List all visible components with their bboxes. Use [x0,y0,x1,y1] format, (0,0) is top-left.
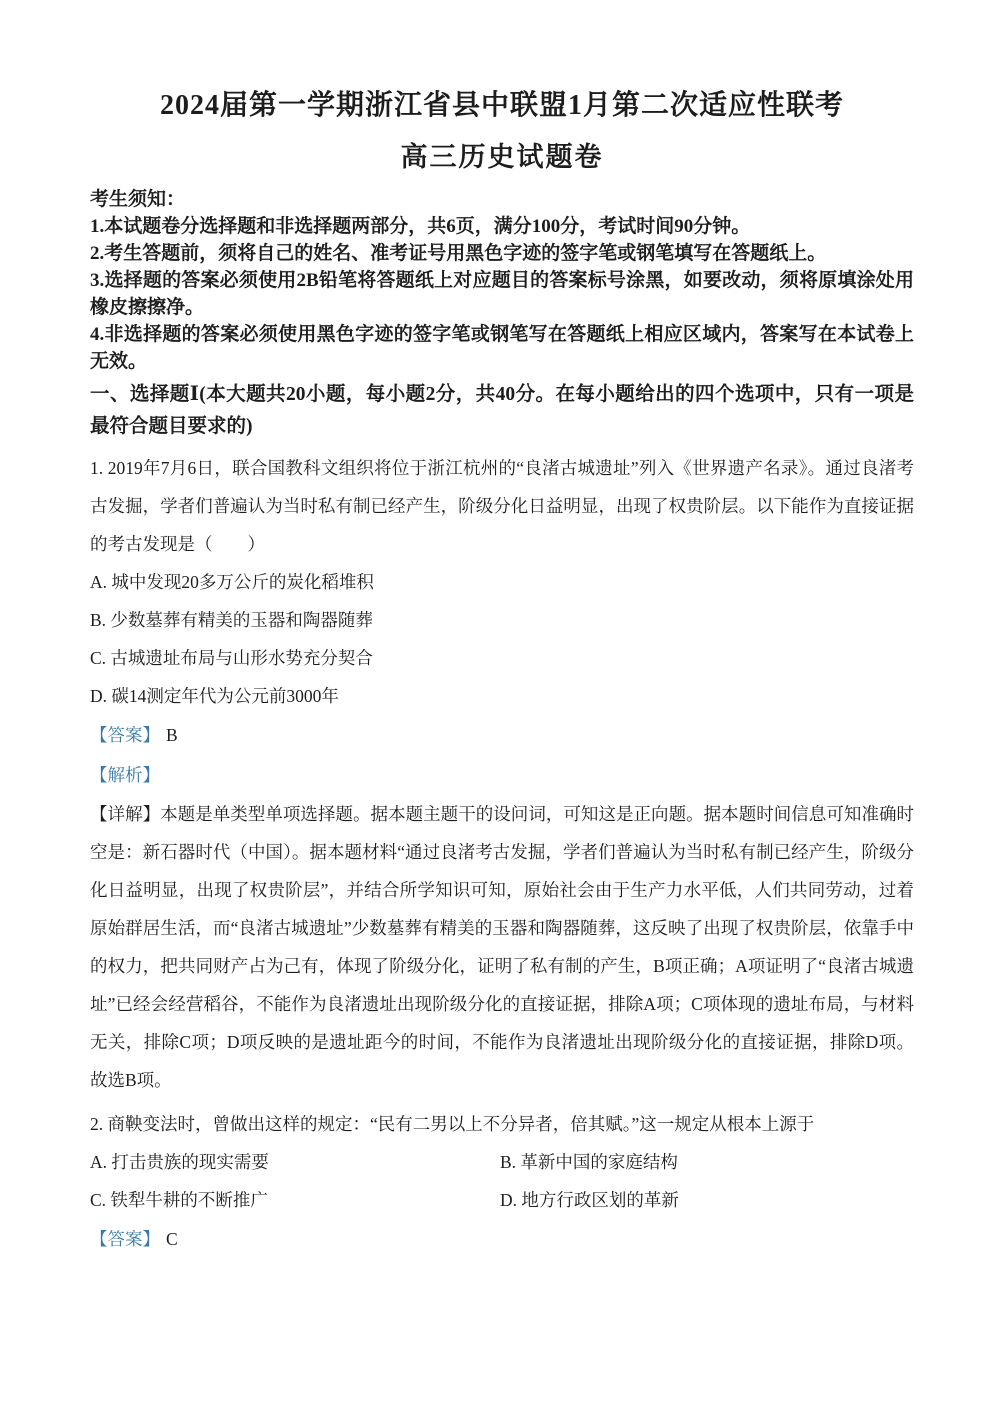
notice-item-2: 2.考生答题前，须将自己的姓名、准考证号用黑色字迹的签字笔或钢笔填写在答题纸上。 [90,240,914,267]
question-1-stem: 1. 2019年7月6日，联合国教科文组织将位于浙江杭州的“良渚古城遗址”列入《… [90,449,914,563]
question-1-option-d: D. 碳14测定年代为公元前3000年 [90,677,914,715]
question-2-options: A. 打击贵族的现实需要 B. 革新中国的家庭结构 C. 铁犁牛耕的不断推广 D… [90,1143,914,1219]
answer-value: B [166,725,178,745]
notice-item-3: 3.选择题的答案必须使用2B铅笔将答题纸上对应题目的答案标号涂黑，如要改动，须将… [90,267,914,321]
detail-text: 本题是单类型单项选择题。据本题主题干的设问词，可知这是正向题。据本题时间信息可知… [90,804,914,1090]
notice-item-1: 1.本试题卷分选择题和非选择题两部分，共6页，满分100分，考试时间90分钟。 [90,213,914,240]
question-2-stem: 2. 商鞅变法时，曾做出这样的规定：“民有二男以上不分异者，倍其赋。”这一规定从… [90,1105,914,1143]
exam-paper-page: 2024届第一学期浙江省县中联盟1月第二次适应性联考 高三历史试题卷 考生须知：… [0,0,1000,1414]
section-heading: 一、选择题Ⅰ(本大题共20小题，每小题2分，共40分。在每小题给出的四个选项中，… [90,379,914,443]
analysis-label: 【解析】 [90,765,160,785]
notice-section: 考生须知： 1.本试题卷分选择题和非选择题两部分，共6页，满分100分，考试时间… [90,186,914,375]
question-1-answer-line: 【答案】B [90,715,914,755]
answer-label: 【答案】 [90,725,160,745]
detail-label: 【详解】 [90,804,160,824]
question-1-option-a: A. 城中发现20多万公斤的炭化稻堆积 [90,563,914,601]
question-2-option-b: B. 革新中国的家庭结构 [500,1143,914,1181]
answer-label: 【答案】 [90,1229,160,1249]
question-1-detail: 【详解】本题是单类型单项选择题。据本题主题干的设问词，可知这是正向题。据本题时间… [90,795,914,1099]
question-2-option-d: D. 地方行政区划的革新 [500,1181,914,1219]
answer-value: C [166,1229,178,1249]
notice-item-4: 4.非选择题的答案必须使用黑色字迹的签字笔或钢笔写在答题纸上相应区域内，答案写在… [90,321,914,375]
question-1: 1. 2019年7月6日，联合国教科文组织将位于浙江杭州的“良渚古城遗址”列入《… [90,449,914,1099]
question-2-option-a: A. 打击贵族的现实需要 [90,1143,500,1181]
question-2-option-c: C. 铁犁牛耕的不断推广 [90,1181,500,1219]
question-2-answer-line: 【答案】C [90,1219,914,1259]
question-1-option-b: B. 少数墓葬有精美的玉器和陶器随葬 [90,601,914,639]
notice-heading: 考生须知： [90,186,914,213]
exam-title: 2024届第一学期浙江省县中联盟1月第二次适应性联考 [90,88,914,124]
question-1-analysis-line: 【解析】 [90,755,914,795]
question-2: 2. 商鞅变法时，曾做出这样的规定：“民有二男以上不分异者，倍其赋。”这一规定从… [90,1105,914,1259]
question-1-option-c: C. 古城遗址布局与山形水势充分契合 [90,639,914,677]
exam-subtitle: 高三历史试题卷 [90,140,914,174]
